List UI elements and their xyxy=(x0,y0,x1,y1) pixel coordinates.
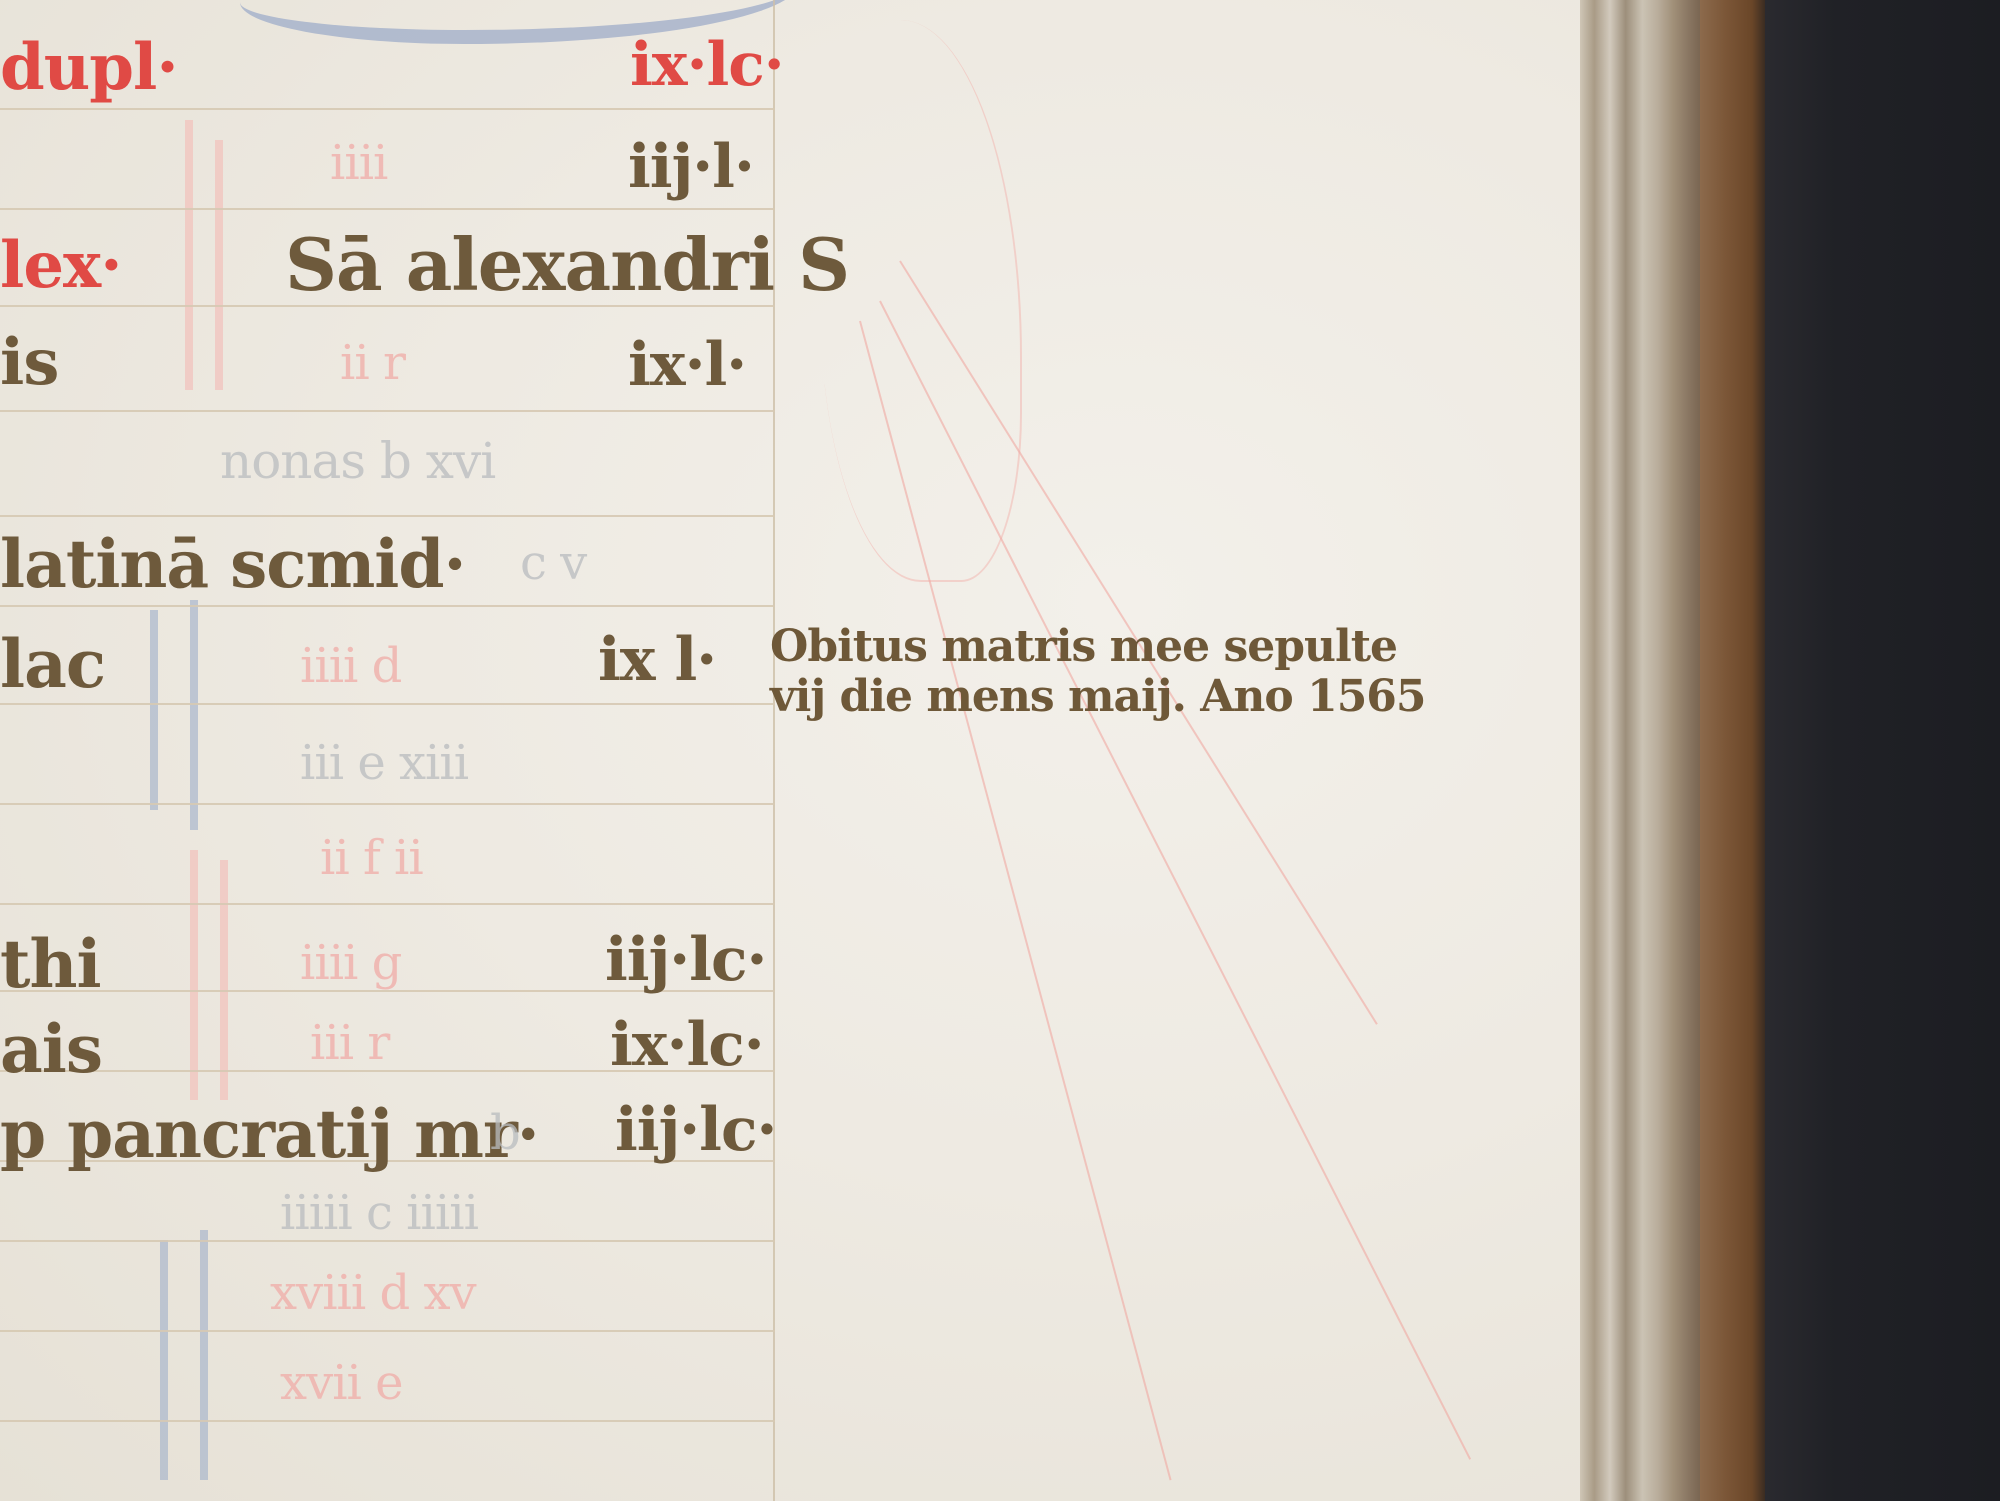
faint-numeral: iiii g xyxy=(300,935,401,991)
calendar-entry-text: lac xyxy=(0,625,105,703)
calendar-rank: ix·l· xyxy=(628,330,746,400)
feast-name: Sā alexandri S xyxy=(285,222,849,307)
faint-numeral: xviii d xv xyxy=(270,1265,476,1321)
ruling-line xyxy=(0,515,775,517)
feast-name: p pancratij mr· xyxy=(0,1095,539,1173)
calendar-rank: iij·l· xyxy=(628,132,754,202)
marginal-note-line-1: Obitus matris mee sepulte xyxy=(770,622,1426,672)
faint-numeral: b xyxy=(490,1105,520,1161)
calendar-rank: iij·lc· xyxy=(605,925,766,995)
ruling-line xyxy=(0,703,775,705)
faint-numeral: iiiii c iiiii xyxy=(280,1185,478,1241)
page-edge-stack xyxy=(1580,0,1700,1501)
calendar-rank: ix·lc· xyxy=(630,30,784,100)
faint-numeral: iii e xiii xyxy=(300,735,468,791)
calendar-entry-text: dupl· xyxy=(0,30,178,105)
calendar-entry-text: latinā scmid· xyxy=(0,525,466,603)
calendar-entry-text: thi xyxy=(0,925,101,1003)
calendar-entry-text: is xyxy=(0,325,58,400)
red-initial-stroke xyxy=(185,120,193,390)
calendar-rank: ix l· xyxy=(598,625,716,695)
manuscript-photo: dupl· ix·lc· iiii iij·l· lex· Sā alexand… xyxy=(0,0,2000,1501)
blue-initial-stroke xyxy=(190,600,198,830)
ruling-line xyxy=(0,903,775,905)
ruling-line xyxy=(0,1330,775,1332)
calendar-entry-text: ais xyxy=(0,1010,102,1088)
ruling-line xyxy=(0,1420,775,1422)
ruling-line xyxy=(0,410,775,412)
red-initial-stroke xyxy=(215,140,223,390)
calendar-rank: ix·lc· xyxy=(610,1010,764,1080)
faint-numeral: xvii e xyxy=(280,1355,403,1411)
marginal-note-line-2: vij die mens maij. Ano 1565 xyxy=(770,672,1426,722)
faint-numeral: iiii d xyxy=(300,638,401,694)
red-initial-stroke xyxy=(190,850,198,1100)
ruling-line xyxy=(0,605,775,607)
dark-background xyxy=(1765,0,2000,1501)
blue-initial-stroke xyxy=(200,1230,208,1480)
ruling-line xyxy=(0,803,775,805)
calendar-entry-text: lex· xyxy=(0,228,121,303)
book-binding xyxy=(1700,0,1765,1501)
red-initial-stroke xyxy=(220,860,228,1100)
faint-numeral: ii f ii xyxy=(320,830,423,886)
faint-numeral: nonas b xvi xyxy=(220,432,495,490)
faint-numeral: ii r xyxy=(340,335,405,391)
faint-numeral: iii r xyxy=(310,1015,389,1071)
blue-initial-stroke xyxy=(160,1240,168,1480)
ruling-line xyxy=(0,208,775,210)
calendar-rank: iij·lc· xyxy=(615,1095,776,1165)
marginal-note: Obitus matris mee sepulte vij die mens m… xyxy=(770,622,1426,722)
faint-numeral: c v xyxy=(520,535,586,591)
faint-numeral: iiii xyxy=(330,135,387,191)
blue-initial-stroke xyxy=(150,610,158,810)
ruling-line xyxy=(0,108,775,110)
